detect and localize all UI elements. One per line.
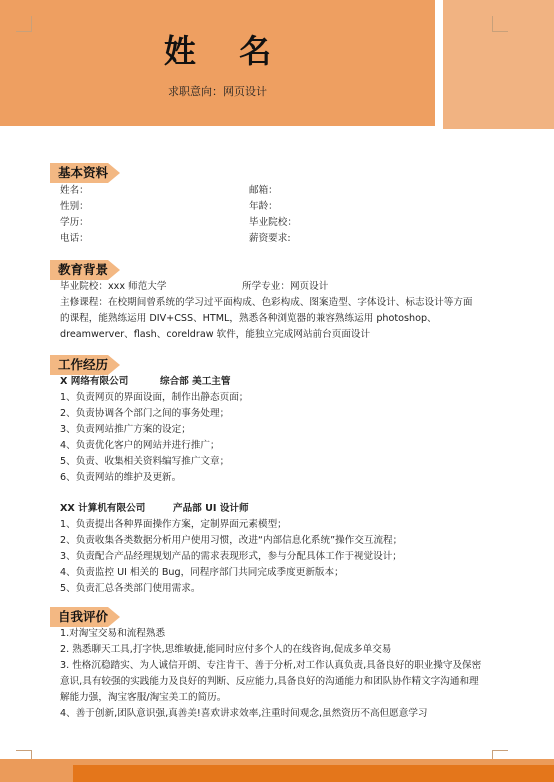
job-company: XX 计算机有限公司 (60, 501, 145, 517)
self-line: 1.对淘宝交易和流程熟悉 (60, 626, 165, 642)
section-tag-basic: 基本资料 (50, 163, 120, 183)
section-tag-self: 自我评价 (50, 607, 120, 627)
job-position: 综合部 美工主管 (160, 374, 231, 390)
job-intent: 求职意向：网页设计 (0, 83, 435, 99)
section-tag-education: 教育背景 (50, 260, 120, 280)
job-item: 1、负责网页的界面设面，制作出静态页面； (60, 390, 248, 406)
job-item: 1、负责提出各种界面操作方案，定制界面元素模型； (60, 517, 287, 533)
self-line: 意识,具有较强的实践能力及良好的判断、反应能力,具备良好的沟通能力和团队协作精文… (60, 674, 479, 690)
field-phone: 电话： (60, 231, 89, 247)
job-item: 2、负责收集各类数据分析用户使用习惯，改进“内部信息化系统”操作交互流程； (60, 533, 402, 549)
crop-mark (492, 16, 508, 32)
self-line: 2. 熟悉聊天工具,打字快,思维敏捷,能同时应付多个人的在线咨询,促成多单交易 (60, 642, 391, 658)
job-item: 6、负责网站的维护及更新。 (60, 470, 181, 486)
job-position: 产品部 UI 设计师 (173, 501, 249, 517)
field-email: 邮箱： (249, 183, 278, 199)
field-name: 姓名： (60, 183, 89, 199)
edu-course-line: 主修课程：在校期间曾系统的学习过平面构成、色彩构成、图案造型、字体设计、标志设计… (60, 295, 473, 311)
job-item: 4、负责优化客户的网站并进行推广； (60, 438, 220, 454)
self-line: 解能力强，淘宝客服/淘宝美工的简历。 (60, 690, 226, 706)
edu-major: 所学专业：网页设计 (242, 279, 328, 295)
footer-bar-dark (73, 765, 554, 782)
candidate-name: 姓 名 (0, 26, 435, 72)
job-item: 3、负责网站推广方案的设定； (60, 422, 191, 438)
edu-school: 毕业院校：xxx 师范大学 (60, 279, 166, 295)
edu-course-line: 的课程，能熟练运用 DIV+CSS、HTML，熟悉各种浏览器的兼容熟练运用 ph… (60, 311, 437, 327)
self-line: 4、善于创新,团队意识强,真善美!喜欢讲求效率,注重时间观念,虽然资历不高但愿意… (60, 706, 428, 722)
section-tag-work: 工作经历 (50, 355, 120, 375)
job-item: 4、负责监控 UI 相关的 Bug，同程序部门共同完成季度更新版本； (60, 565, 344, 581)
job-item: 5、负责汇总各类部门使用需求。 (60, 581, 200, 597)
self-line: 3. 性格沉稳踏实、为人诚信开朗、专注肯干、善于分析,对工作认真负责,具备良好的… (60, 658, 481, 674)
job-item: 2、负责协调各个部门之间的事务处理； (60, 406, 229, 422)
field-school: 毕业院校： (249, 215, 297, 231)
job-item: 3、负责配合产品经理规划产品的需求表现形式，参与分配具体工作于视觉设计； (60, 549, 402, 565)
job-item: 5、负责、收集相关资料编写推广文章； (60, 454, 229, 470)
edu-course-line: dreamwerver、flash、coreldraw 软件，能独立完成网站前台… (60, 327, 370, 343)
field-gender: 性别： (60, 199, 89, 215)
field-age: 年龄： (249, 199, 278, 215)
job-company: X 网络有限公司 (60, 374, 128, 390)
field-degree: 学历： (60, 215, 89, 231)
field-salary: 薪资要求: (249, 231, 291, 247)
